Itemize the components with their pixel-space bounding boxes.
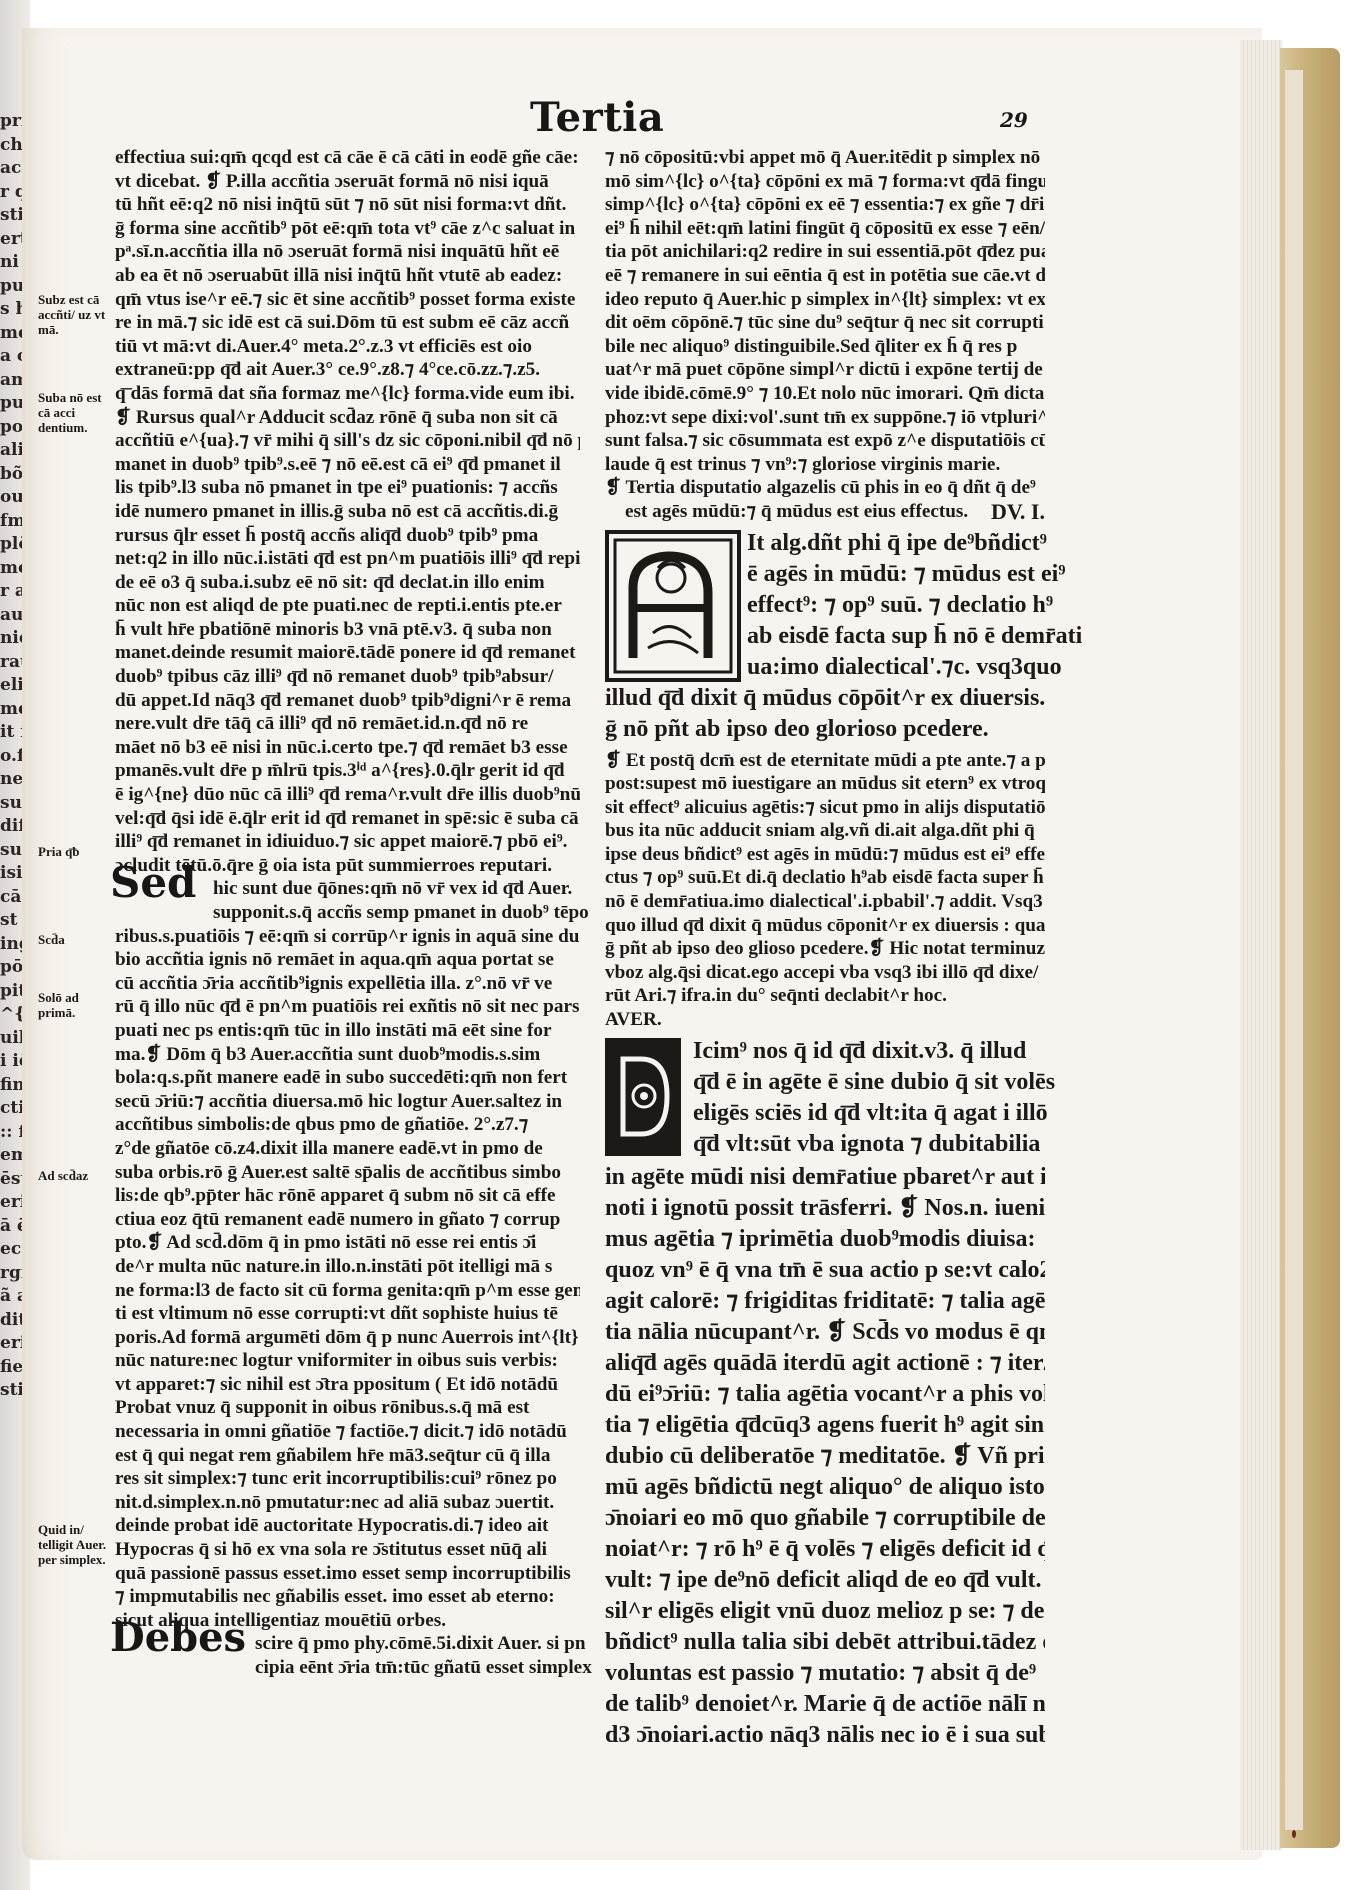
text-line: q͞ dās formā dat sña formaz me^{lc} form… — [115, 382, 580, 406]
text-line: voluntas est passio ⁊ mutatio: ⁊ absit q… — [605, 1658, 1045, 1689]
text-line: extraneū:pp q͞d ait Auer.3° ce.9°.z8.⁊ 4… — [115, 358, 580, 382]
section-label: DV. I. — [991, 500, 1045, 524]
sed-block: Sed hic sunt due q̄ōnes:qm̄ nō vr̄ vex i… — [115, 877, 580, 924]
text-line: secū ɔ̄riū:⁊ accñtia diuersa.mō hic logt… — [115, 1090, 580, 1114]
text-line: supponit.s.q̄ accñs semp pmanet in duob⁹… — [213, 901, 589, 925]
text-line: Hypocras q̄ si hō ex vna sola re ɔ̄stitu… — [115, 1538, 580, 1562]
text-line: effectiua sui:qm̄ qcqd est cā cāe ē cā c… — [115, 146, 580, 170]
text-line: rūt Ari.⁊ ifra.in du° seq̄nti declabit^r… — [605, 984, 1045, 1008]
text-line: ctiua eoz q̄tū remanent eadē numero in g… — [115, 1208, 580, 1232]
margin-note: Quid in/ telligit Auer. per simplex. — [38, 1522, 113, 1567]
text-line: ⁊ impmutabilis nec gñabilis esset. imo e… — [115, 1585, 580, 1609]
text-line: ḡ nō pñt ab ipso deo glorioso pcedere. — [605, 714, 1045, 745]
text-line: dū ei⁹ɔ̄riū: ⁊ talia agētia vocant^r a p… — [605, 1379, 1045, 1410]
text-line: ɔ̄noiari eo mō quo gñabile ⁊ corruptibil… — [605, 1503, 1045, 1534]
text-line: ei⁹ h̄ nihil eēt:qm̄ latini fingūt q̄ cō… — [605, 217, 1045, 241]
text-line: scire q̄ pmo phy.cōmē.5i.dixit Auer. si … — [255, 1632, 592, 1656]
text-line: pto.❡ Ad scd̄.dōm q̄ in pmo istāti nō es… — [115, 1231, 580, 1255]
text-line: suba orbis.rō ḡ Auer.est saltē sp̄alis d… — [115, 1161, 580, 1185]
folio-number: 29 — [1000, 108, 1028, 132]
text-line: manet.deinde resumit maiorē.tādē ponere … — [115, 641, 580, 665]
text-line: quoz vn⁹ ē q̄ vna tm̄ ē sua actio p se:v… — [605, 1255, 1045, 1286]
text-line: ideo reputo q̄ Auer.hic p simplex in^{lt… — [605, 288, 1045, 312]
text-line: lis tpib⁹.l3 suba nō pmanet in tpe ei⁹ p… — [115, 476, 580, 500]
margin-note: Subz est cā accñti/ uz vt mā. — [38, 292, 113, 337]
text-line: in agēte mūdi nisi demr̄atiue pbaret^r a… — [605, 1162, 1045, 1193]
text-line: h̄ vult hr̄e pbatiōnē minoris b3 vnā ptē… — [115, 618, 580, 642]
text-line: nere.vult dr̄e tāq̄ cā illi⁹ q͞d nō remā… — [115, 712, 580, 736]
text-line: illud q͞d dixit q̄ mūdus cōpōit^r ex diu… — [605, 683, 1045, 714]
floral-initial-d-icon — [611, 1044, 675, 1150]
text-line: dubio cū deliberatōe ⁊ meditatōe. ❡ Vñ p… — [605, 1441, 1045, 1472]
text-line: cipia eēnt ɔ̄ria tm̄:tūc gñatū esset sim… — [255, 1656, 592, 1680]
text-line: de eē o3 q̄ suba.i.subz eē nō sit: q͞d d… — [115, 571, 580, 595]
text-line: mō sim^{lc} o^{ta} cōpōni ex mā ⁊ forma:… — [605, 170, 1045, 194]
text-line: ua:imo dialectical'.⁊c. vsq3quo — [747, 652, 1082, 683]
text-line: q͞d vlt:sūt vba ignota ⁊ dubitabilia — [693, 1129, 1055, 1160]
text-line: quo illud q͞d dixit q̄ mūdus cōponit^r e… — [605, 914, 1045, 938]
right-text-column: ⁊ nō cōpositū:vbi appet mō q̄ Auer.itēdi… — [605, 146, 1045, 1751]
text-line: nit.d.simplex.n.nō pmutatur:nec ad aliā … — [115, 1491, 580, 1515]
text-line: eligēs sciēs id q͞d vlt:ita q̄ agat i il… — [693, 1098, 1055, 1129]
left-column-lines-continued: ribus.s.puatiōis ⁊ eē:qm̄ si corrūp^r ig… — [115, 925, 580, 1633]
text-line: sunt falsa.⁊ sic cōsummata est expō z^e … — [605, 429, 1045, 453]
text-line: agit calorē: ⁊ frigiditas friditatē: ⁊ t… — [605, 1286, 1045, 1317]
text-line: est q̄ qui negat rem gñabilem hr̄e mā3.s… — [115, 1444, 580, 1468]
margin-note: Suba nō est cā acci dentium. — [38, 390, 113, 435]
text-line: dit oēm cōpōnē.⁊ tūc sine du⁹ seq̄tur q̄… — [605, 311, 1045, 335]
right-column-lines: ⁊ nō cōpositū:vbi appet mō q̄ Auer.itēdi… — [605, 146, 1045, 476]
left-text-column: effectiua sui:qm̄ qcqd est cā cāe ē cā c… — [115, 146, 580, 1680]
text-line: ma.❡ Dōm q̄ b3 Auer.accñtia sunt duob⁹mo… — [115, 1043, 580, 1067]
text-line: ipse deus bñdict⁹ est agēs in mūdū:⁊ mūd… — [605, 843, 1045, 867]
text-line: vide ibidē.cōmē.9° ⁊ 10.Et nolo nūc imor… — [605, 382, 1045, 406]
text-line: tia pōt anichilari:q2 redire in sui esse… — [605, 240, 1045, 264]
commentary-block: ❡ Et postq̄ dcm̄ est de eternitate mūdi … — [605, 749, 1045, 1032]
margin-note: Ad scd̄az — [38, 1168, 113, 1183]
margin-note: Solō ad primā. — [38, 990, 113, 1020]
text-line: ē ig^{ne} dūo nūc cā illi⁹ q͞d rema^r.vu… — [115, 783, 580, 807]
initial-a-lines: It alg.dñt phi q̄ ipe de⁹bñdict⁹ē agēs i… — [747, 528, 1082, 683]
text-line: noti i ignotū possit trāsferri. ❡ Nos.n.… — [605, 1193, 1045, 1224]
text-line: māet nō b3 eē nisi in nūc.i.certo tpe.⁊ … — [115, 736, 580, 760]
text-line: rū q̄ illo nūc q͞d ē pn^m puatiōis rei e… — [115, 995, 580, 1019]
text-line: q͞d ē in agēte ē sine dubio q̄ sit volēs — [693, 1067, 1055, 1098]
left-column-lines: effectiua sui:qm̄ qcqd est cā cāe ē cā c… — [115, 146, 580, 877]
text-line: bio accñtia ignis nō remāet in aqua.qm̄ … — [115, 948, 580, 972]
text-line: dū appet.Id nāq3 q͞d remanet duob⁹ tpib⁹… — [115, 689, 580, 713]
text-line: bus ita nūc adducit sniam alg.vñ di.ait … — [605, 819, 1045, 843]
text-line: ab ea ēt nō ɔseruabūt illā nisi inq̄tū h… — [115, 264, 580, 288]
text-line: ❡ Et postq̄ dcm̄ est de eternitate mūdi … — [605, 749, 1045, 773]
text-line: phoz:vt sepe dixi:vol'.sunt tm̄ ex suppō… — [605, 406, 1045, 430]
text-line: de talib⁹ denoiet^r. Marie q̄ de actiōe … — [605, 1689, 1045, 1720]
text-line: manet in duob⁹ tpib⁹.s.eē ⁊ nō eē.est cā… — [115, 453, 580, 477]
text-line: Probat vnuz q̄ supponit in oibus rōnibus… — [115, 1396, 580, 1420]
floral-initial-a-icon — [613, 538, 733, 674]
text-line: noiat^r: ⁊ rō h⁹ ē q̄ volēs ⁊ eligēs def… — [605, 1534, 1045, 1565]
debes-block-lines: scire q̄ pmo phy.cōmē.5i.dixit Auer. si … — [255, 1632, 592, 1679]
text-line: ne forma:l3 de facto sit cū forma genita… — [115, 1279, 580, 1303]
text-line: laude q̄ est trinus ⁊ vn⁹:⁊ gloriose vir… — [605, 453, 1045, 477]
text-line: sit effect⁹ alicuius agētis:⁊ sicut pmo … — [605, 796, 1045, 820]
text-line: net:q2 in illo nūc.i.istāti q͞d est pn^m… — [115, 547, 580, 571]
text-line: quā passionē passus esset.imo esset semp… — [115, 1562, 580, 1586]
initial-a-continuation: illud q͞d dixit q̄ mūdus cōpōit^r ex diu… — [605, 683, 1045, 745]
text-line: ribus.s.puatiōis ⁊ eē:qm̄ si corrūp^r ig… — [115, 925, 580, 949]
text-line: poris.Ad formā argumēti dōm q̄ p nunc Au… — [115, 1326, 580, 1350]
text-line: deinde probat idē auctoritate Hypocratis… — [115, 1514, 580, 1538]
text-line: res sit simplex:⁊ tunc erit incorruptibi… — [115, 1467, 580, 1491]
text-line: re in mā.⁊ sic idē est cā sui.Dōm tū est… — [115, 311, 580, 335]
text-line: tiū vt mā:vt di.Auer.4° meta.2°.z.3 vt e… — [115, 335, 580, 359]
text-line: ab eisdē facta sup h̄ nō ē demr̄ati — [747, 621, 1082, 652]
initial-d-block: Icim⁹ nos q̄ id q͞d dixit.v3. q̄ illudq͞… — [605, 1036, 1045, 1162]
text-line: effect⁹: ⁊ op⁹ suū. ⁊ declatio h⁹ — [747, 590, 1082, 621]
text-line: ⁊ nō cōpositū:vbi appet mō q̄ Auer.itēdi… — [605, 146, 1045, 170]
text-line: vt apparet:⁊ sic nihil est ɔ̄tra ppositu… — [115, 1373, 580, 1397]
decorated-initial-a — [605, 530, 741, 682]
section-heading: ❡ Tertia disputatio algazelis cū phis in… — [605, 476, 1045, 523]
text-line: ti est vltimum nō esse corrupti:vt dñt s… — [115, 1302, 580, 1326]
text-line: ḡ forma sine accñtib⁹ pōt eē:qm̄ tota vt… — [115, 217, 580, 241]
text-line: duob⁹ tpibus cāz illi⁹ q͞d nō remanet du… — [115, 665, 580, 689]
text-line: z°de gñatōe cō.z4.dixit illa manere eadē… — [115, 1137, 580, 1161]
text-line: illi⁹ q͞d remanet in idiuiduo.⁊ sic appe… — [115, 830, 580, 854]
margin-note: Pria q͞b — [38, 844, 113, 859]
decorated-initial-d — [605, 1038, 681, 1156]
binding-inner-edge — [1285, 70, 1303, 1830]
sed-block-lines: hic sunt due q̄ōnes:qm̄ nō vr̄ vex id q͞… — [213, 877, 589, 924]
text-line: nūc non est aliqd de pte puati.nec de re… — [115, 594, 580, 618]
text-line: idē numero pmanet in illis.ḡ suba nō est… — [115, 500, 580, 524]
text-line: post:supest mō iuestigare an mūdus sit e… — [605, 772, 1045, 796]
text-line: It alg.dñt phi q̄ ipe de⁹bñdict⁹ — [747, 528, 1082, 559]
text-line: Icim⁹ nos q̄ id q͞d dixit.v3. q̄ illud — [693, 1036, 1055, 1067]
text-line: puati nec ps entis:qm̄ tūc in illo instā… — [115, 1019, 580, 1043]
text-line: vult: ⁊ ipe de⁹nō deficit aliqd de eo q͞… — [605, 1565, 1045, 1596]
debes-initial-word: Debes — [110, 1626, 246, 1650]
text-line: hic sunt due q̄ōnes:qm̄ nō vr̄ vex id q͞… — [213, 877, 589, 901]
section-heading-text: est agēs mūdū:⁊ q̄ mūdus est eius effect… — [625, 501, 968, 522]
text-line: rursus q̄lr esset h̄ postq̄ accñs aliq͞d… — [115, 524, 580, 548]
text-line: mus agētia ⁊ iprimētia duob⁹modis diuisa… — [605, 1224, 1045, 1255]
text-line: mū agēs bñdictū negt aliquo° de aliquo i… — [605, 1472, 1045, 1503]
section-heading-line-1: ❡ Tertia disputatio algazelis cū phis in… — [605, 476, 1045, 500]
text-line: d3 ɔ̄noiari.actio nāq3 nālis nec io ē i … — [605, 1720, 1045, 1751]
text-line: ḡ pñt ab ipso deo glioso pcedere.❡ Hic n… — [605, 937, 1045, 961]
text-line: tū hñt eē:q2 nō nisi inq̄tū sūt ⁊ nō sūt… — [115, 193, 580, 217]
text-line: cū accñtia ɔ̄ria accñtib⁹ignis expellēti… — [115, 972, 580, 996]
debes-block: Debes scire q̄ pmo phy.cōmē.5i.dixit Aue… — [115, 1632, 580, 1679]
paper-blemish — [1292, 1830, 1296, 1838]
text-line: vel:q͞d q̄si idē ē.q̄lr erit id q͞d rema… — [115, 807, 580, 831]
text-line: accñtiū e^{ua}.⁊ vr̄ mihi q̄ sill's dz s… — [115, 429, 580, 453]
text-line: lis:de qb⁹.pp̄ter hāc rōnē apparet q̄ su… — [115, 1184, 580, 1208]
sed-initial-word: Sed — [110, 871, 196, 895]
text-line: accñtibus simbolis:de qbus pmo de gñatiō… — [115, 1113, 580, 1137]
text-line: ē agēs in mūdū: ⁊ mūdus est ei⁹ — [747, 559, 1082, 590]
text-line: bola:q.s.pñt manere eadē in subo succedē… — [115, 1066, 580, 1090]
initial-d-lines: Icim⁹ nos q̄ id q͞d dixit.v3. q̄ illudq͞… — [693, 1036, 1055, 1160]
text-line: de^r multa nūc nature.in illo.n.instāti … — [115, 1255, 580, 1279]
page-block-edges — [1240, 40, 1282, 1850]
text-line: simp^{lc} o^{ta} cōpōni ex eē ⁊ essentia… — [605, 193, 1045, 217]
section-heading-line-2: est agēs mūdū:⁊ q̄ mūdus est eius effect… — [605, 500, 1045, 524]
text-line: eē ⁊ remanere in sui eēntia q̄ est in po… — [605, 264, 1045, 288]
text-line: bile nec aliquo⁹ distinguibile.Sed q̄lit… — [605, 335, 1045, 359]
text-line: AVER. — [605, 1008, 1045, 1032]
text-line: ctus ⁊ op⁹ suū.Et di.q̄ declatio h⁹ab ei… — [605, 866, 1045, 890]
text-line: vboz alg.q̄si dicat.ego accepi vba vsq3 … — [605, 961, 1045, 985]
text-line: pᵃ.sī.n.accñtia illa nō ɔseruāt formā ni… — [115, 240, 580, 264]
text-line: sil^r eligēs eligit vnū duoz melioz p se… — [605, 1596, 1045, 1627]
initial-d-continuation: in agēte mūdi nisi demr̄atiue pbaret^r a… — [605, 1162, 1045, 1751]
text-line: nūc nature:nec logtur vniformiter in oib… — [115, 1349, 580, 1373]
initial-a-block: It alg.dñt phi q̄ ipe de⁹bñdict⁹ē agēs i… — [605, 528, 1045, 683]
text-line: qm̄ vtus ise^r eē.⁊ sic ēt sine accñtib⁹… — [115, 288, 580, 312]
text-line: pmanēs.vult dr̄e p m̄lrū tpis.3ⁱᵈ a^{res… — [115, 759, 580, 783]
margin-note: Scd̄a — [38, 932, 113, 947]
text-line: nō ē demr̄atiua.imo dialectical'.i.pbabi… — [605, 890, 1045, 914]
text-line: uat^r mā puet cōpōne simpl^r dictū i exp… — [605, 358, 1045, 382]
text-line: bñdict⁹ nulla talia sibi debēt attribui.… — [605, 1627, 1045, 1658]
text-line: ❡ Rursus qual^r Adducit scd̄az rōnē q̄ s… — [115, 406, 580, 430]
text-line: necessaria in omni gñatiōe ⁊ factiōe.⁊ d… — [115, 1420, 580, 1444]
text-line: aliq͞d agēs quādā iterdū agit actionē : … — [605, 1348, 1045, 1379]
text-line: tia ⁊ eligētia q͞dcūq3 agens fuerit h⁹ a… — [605, 1410, 1045, 1441]
text-line: vt dicebat. ❡ P.illa accñtia ɔseruāt for… — [115, 170, 580, 194]
text-line: tia nālia nūcupant^r. ❡ Scd̄s vo modus ē… — [605, 1317, 1045, 1348]
running-head: Tertia — [530, 94, 664, 141]
